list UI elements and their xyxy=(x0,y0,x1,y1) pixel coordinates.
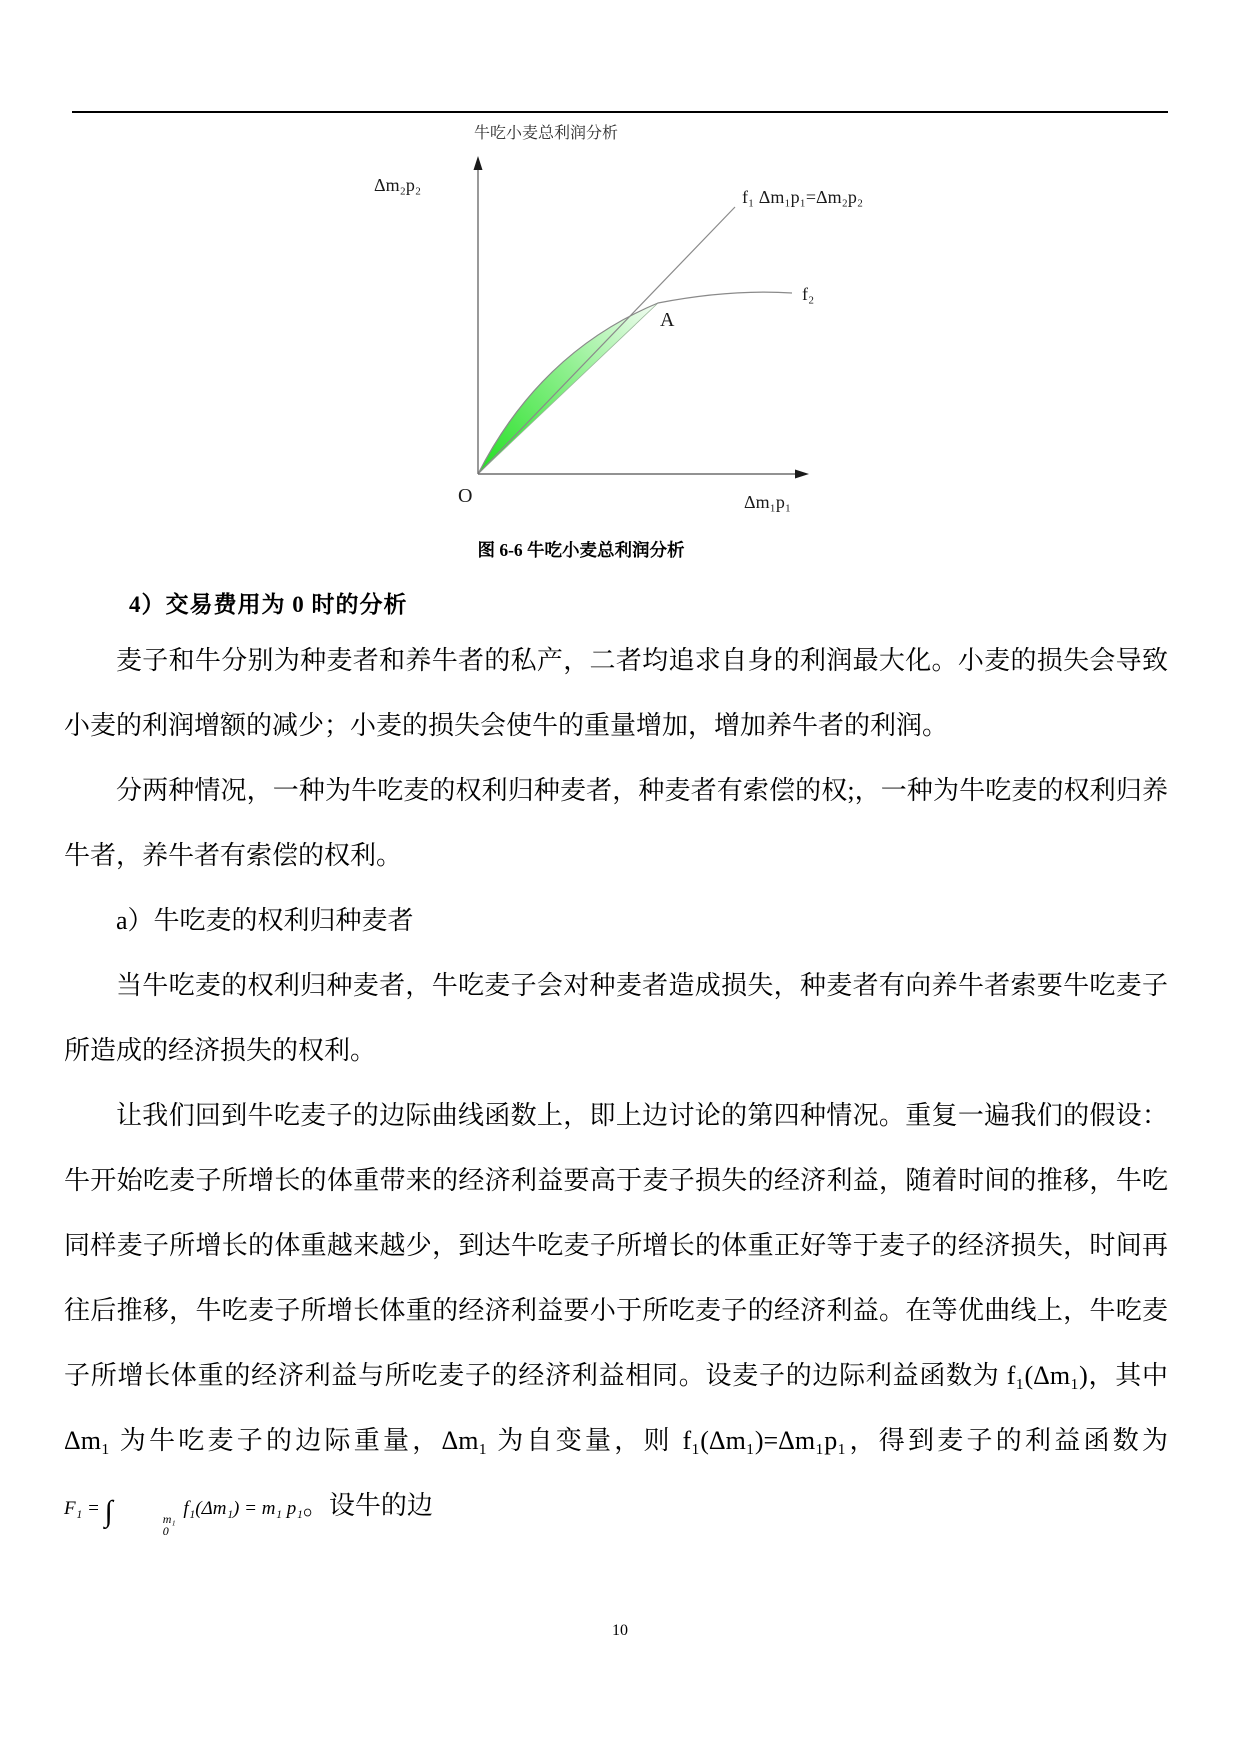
header-rule xyxy=(72,111,1168,113)
x-axis-arrow-icon xyxy=(795,470,809,479)
paragraph: 分两种情况，一种为牛吃麦的权利归种麦者，种麦者有索偿的权;，一种为牛吃麦的权利归… xyxy=(64,758,1168,888)
line-f1 xyxy=(478,207,735,474)
paragraph: 当牛吃麦的权利归种麦者，牛吃麦子会对种麦者造成损失，种麦者有向养牛者索要牛吃麦子… xyxy=(64,953,1168,1083)
y-axis-label: Δm₂p₂ xyxy=(374,175,421,195)
profit-function-formula: F₁ = ∫m₁0 f₁(Δm₁) = m₁ p₁ xyxy=(64,1498,303,1519)
y-axis-arrow-icon xyxy=(474,156,483,170)
paragraph: 麦子和牛分别为种麦者和养牛者的私产，二者均追求自身的利润最大化。小麦的损失会导致… xyxy=(64,628,1168,758)
page-number: 10 xyxy=(0,1622,1240,1640)
profit-chart: Δm₂p₂ Δm₁p₁ O f₁ Δm₁p₁=Δm₂p₂ f₂ A xyxy=(360,148,920,520)
sub-item-heading: a）牛吃麦的权利归种麦者 xyxy=(64,888,1168,953)
curve-f2-label: f₂ xyxy=(802,284,814,304)
origin-label: O xyxy=(458,485,472,507)
paragraph-text: 。设牛的边 xyxy=(303,1491,433,1520)
paragraph: 让我们回到牛吃麦子的边际曲线函数上，即上边讨论的第四种情况。重复一遍我们的假设：… xyxy=(64,1083,1168,1544)
integral-lower-limit: 0 xyxy=(111,1525,176,1537)
integral-limits: m₁0 xyxy=(111,1513,176,1537)
figure-caption: 图 6-6 牛吃小麦总利润分析 xyxy=(0,537,1162,562)
formula-rhs: f₁(Δm₁) = m₁ p₁ xyxy=(179,1498,303,1519)
body-text: 麦子和牛分别为种麦者和养牛者的私产，二者均追求自身的利润最大化。小麦的损失会导致… xyxy=(64,628,1168,1544)
line-f1-label: f₁ Δm₁p₁=Δm₂p₂ xyxy=(742,187,863,207)
surplus-area xyxy=(478,303,658,474)
section-heading: 4）交易费用为 0 时的分析 xyxy=(129,586,408,619)
formula-lhs: F₁ = xyxy=(64,1498,105,1519)
point-a-label: A xyxy=(660,309,675,331)
figure-title: 牛吃小麦总利润分析 xyxy=(286,120,806,143)
document-page: 牛吃小麦总利润分析 Δm₂p₂ Δm₁p₁ O f₁ Δm₁p₁=Δm₂p₂ f… xyxy=(0,0,1240,1753)
paragraph-text: 让我们回到牛吃麦子的边际曲线函数上，即上边讨论的第四种情况。重复一遍我们的假设：… xyxy=(64,1101,1168,1455)
x-axis-label: Δm₁p₁ xyxy=(744,492,791,512)
